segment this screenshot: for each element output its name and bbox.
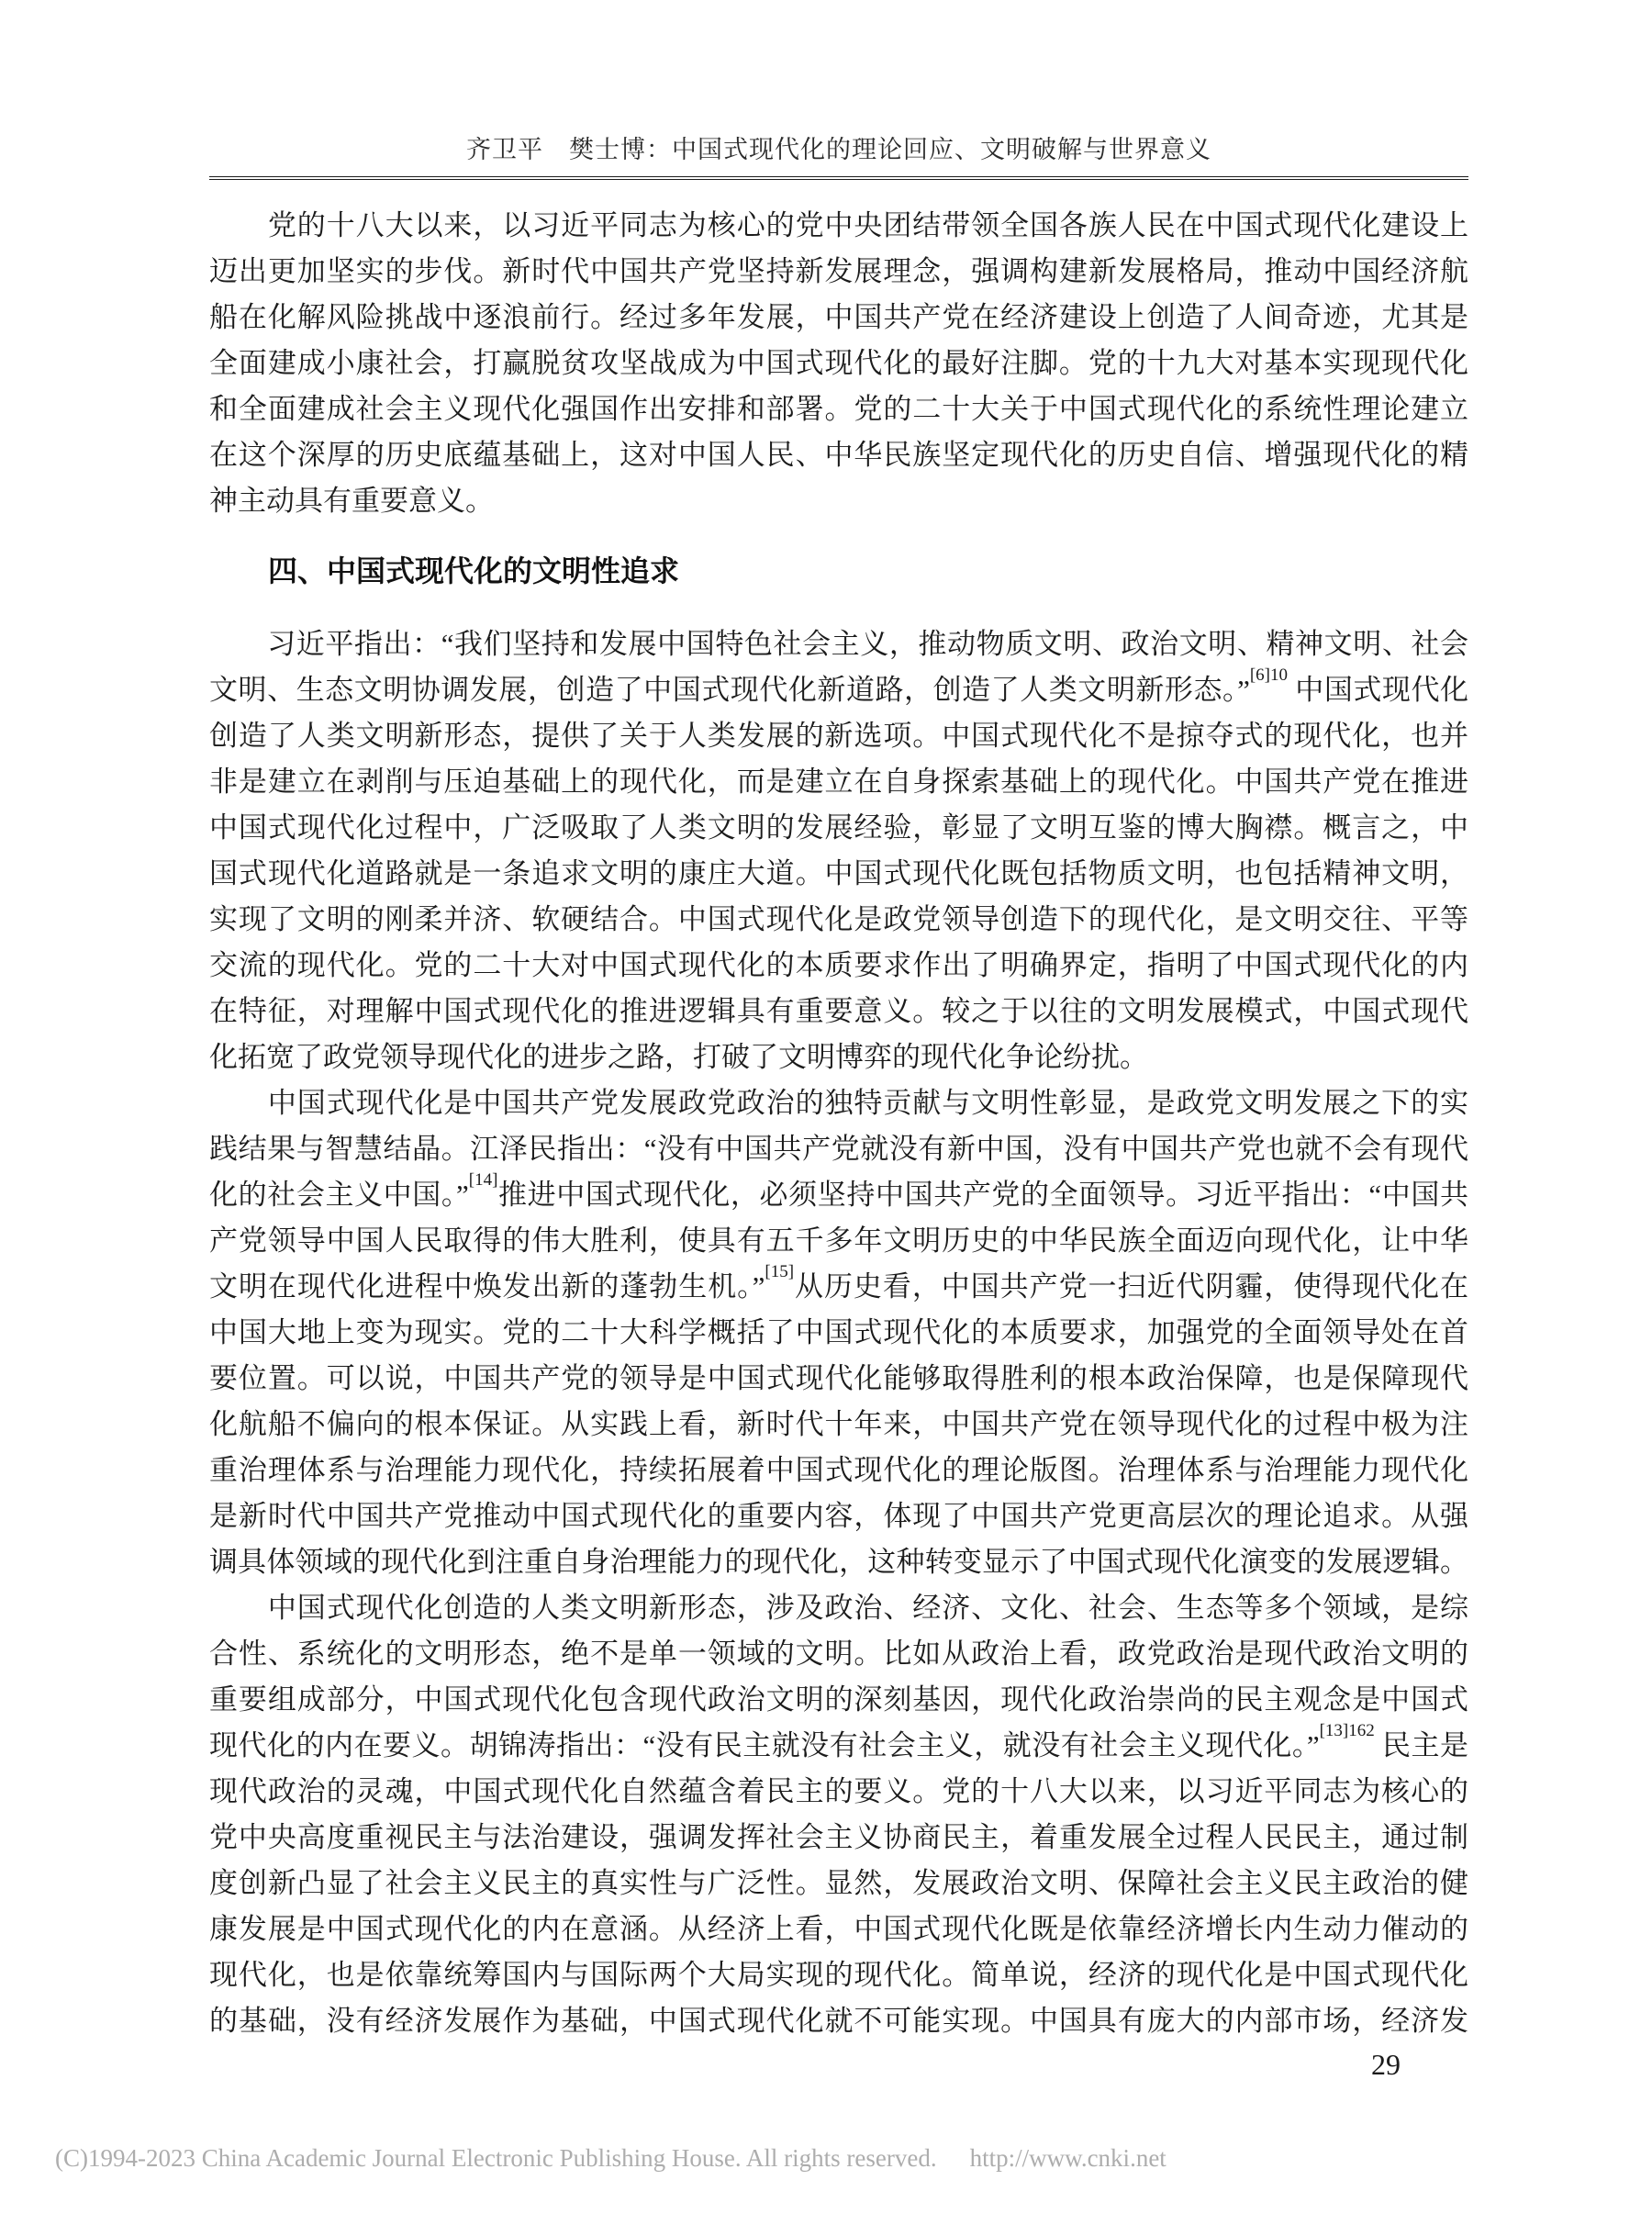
- text-line: 合性、系统化的文明形态，绝不是单一领域的文明。比如从政治上看，政党政治是现代政治…: [209, 1631, 1468, 1677]
- paragraph: 党的十八大以来，以习近平同志为核心的党中央团结带领全国各族人民在中国式现代化建设…: [209, 203, 1468, 524]
- text-line: 文明、生态文明协调发展，创造了中国式现代化新道路，创造了人类文明新形态。”[6]…: [209, 667, 1468, 713]
- text-line: 船在化解风险挑战中逐浪前行。经过多年发展，中国共产党在经济建设上创造了人间奇迹，…: [209, 295, 1468, 341]
- text-line: 全面建成小康社会，打赢脱贫攻坚战成为中国式现代化的最好注脚。党的十九大对基本实现…: [209, 341, 1468, 386]
- text-line: 的基础，没有经济发展作为基础，中国式现代化就不可能实现。中国具有庞大的内部市场，…: [209, 1998, 1468, 2044]
- text-line: 化的社会主义中国。”[14]推进中国式现代化，必须坚持中国共产党的全面领导。习近…: [209, 1172, 1468, 1218]
- text-line: 在这个深厚的历史底蕴基础上，这对中国人民、中华民族坚定现代化的历史自信、增强现代…: [209, 432, 1468, 478]
- text-line: 现代化，也是依靠统筹国内与国际两个大局实现的现代化。简单说，经济的现代化是中国式…: [209, 1952, 1468, 1998]
- text-line: 实现了文明的刚柔并济、软硬结合。中国式现代化是政党领导创造下的现代化，是文明交往…: [209, 897, 1468, 943]
- header-rule-divider: [209, 176, 1468, 180]
- text-line: 中国式现代化创造的人类文明新形态，涉及政治、经济、文化、社会、生态等多个领域，是…: [209, 1585, 1468, 1631]
- footer-copyright: (C)1994-2023 China Academic Journal Elec…: [55, 2144, 937, 2172]
- text-line: 中国式现代化过程中，广泛吸取了人类文明的发展经验，彰显了文明互鉴的博大胸襟。概言…: [209, 805, 1468, 851]
- text-line: 神主动具有重要意义。: [209, 478, 1468, 524]
- text-line: 现代政治的灵魂，中国式现代化自然蕴含着民主的要义。党的十八大以来，以习近平同志为…: [209, 1769, 1468, 1815]
- text-line: 产党领导中国人民取得的伟大胜利，使具有五千多年文明历史的中华民族全面迈向现代化，…: [209, 1218, 1468, 1264]
- text-line: 调具体领域的现代化到注重自身治理能力的现代化，这种转变显示了中国式现代化演变的发…: [209, 1539, 1468, 1585]
- text-line: 习近平指出：“我们坚持和发展中国特色社会主义，推动物质文明、政治文明、精神文明、…: [209, 621, 1468, 667]
- article-body: 党的十八大以来，以习近平同志为核心的党中央团结带领全国各族人民在中国式现代化建设…: [209, 203, 1468, 2044]
- text-line: 康发展是中国式现代化的内在意涵。从经济上看，中国式现代化既是依靠经济增长内生动力…: [209, 1906, 1468, 1952]
- paragraph: 中国式现代化是中国共产党发展政党政治的独特贡献与文明性彰显，是政党文明发展之下的…: [209, 1080, 1468, 1585]
- paragraph: 习近平指出：“我们坚持和发展中国特色社会主义，推动物质文明、政治文明、精神文明、…: [209, 621, 1468, 1080]
- text-line: 中国大地上变为现实。党的二十大科学概括了中国式现代化的本质要求，加强党的全面领导…: [209, 1310, 1468, 1356]
- text-line: 党的十八大以来，以习近平同志为核心的党中央团结带领全国各族人民在中国式现代化建设…: [209, 203, 1468, 249]
- text-line: 度创新凸显了社会主义民主的真实性与广泛性。显然，发展政治文明、保障社会主义民主政…: [209, 1861, 1468, 1906]
- text-line: 在特征，对理解中国式现代化的推进逻辑具有重要意义。较之于以往的文明发展模式，中国…: [209, 989, 1468, 1034]
- text-line: 践结果与智慧结晶。江泽民指出：“没有中国共产党就没有新中国，没有中国共产党也就不…: [209, 1126, 1468, 1172]
- text-line: 要位置。可以说，中国共产党的领导是中国式现代化能够取得胜利的根本政治保障，也是保…: [209, 1356, 1468, 1402]
- text-line: 国式现代化道路就是一条追求文明的康庄大道。中国式现代化既包括物质文明，也包括精神…: [209, 851, 1468, 897]
- text-line: 四、中国式现代化的文明性追求: [209, 548, 1468, 594]
- text-line: 非是建立在剥削与压迫基础上的现代化，而是建立在自身探索基础上的现代化。中国共产党…: [209, 759, 1468, 805]
- running-head: 齐卫平 樊士博：中国式现代化的理论回应、文明破解与世界意义: [209, 129, 1468, 165]
- paragraph: 中国式现代化创造的人类文明新形态，涉及政治、经济、文化、社会、生态等多个领域，是…: [209, 1585, 1468, 2044]
- text-line: 现代化的内在要义。胡锦涛指出：“没有民主就没有社会主义，就没有社会主义现代化。”…: [209, 1723, 1468, 1769]
- text-line: 文明在现代化进程中焕发出新的蓬勃生机。”[15]从历史看，中国共产党一扫近代阴霾…: [209, 1264, 1468, 1310]
- text-line: 交流的现代化。党的二十大对中国式现代化的本质要求作出了明确界定，指明了中国式现代…: [209, 943, 1468, 989]
- text-line: 中国式现代化是中国共产党发展政党政治的独特贡献与文明性彰显，是政党文明发展之下的…: [209, 1080, 1468, 1126]
- text-line: 迈出更加坚实的步伐。新时代中国共产党坚持新发展理念，强调构建新发展格局，推动中国…: [209, 249, 1468, 295]
- text-line: 创造了人类文明新形态，提供了关于人类发展的新选项。中国式现代化不是掠夺式的现代化…: [209, 713, 1468, 759]
- journal-page: 齐卫平 樊士博：中国式现代化的理论回应、文明破解与世界意义 党的十八大以来，以习…: [0, 0, 1652, 2225]
- footer-url: http://www.cnki.net: [970, 2144, 1166, 2172]
- text-line: 化航船不偏向的根本保证。从实践上看，新时代十年来，中国共产党在领导现代化的过程中…: [209, 1402, 1468, 1448]
- text-line: 党中央高度重视民主与法治建设，强调发挥社会主义协商民主，着重发展全过程人民民主，…: [209, 1815, 1468, 1861]
- text-line: 和全面建成社会主义现代化强国作出安排和部署。党的二十大关于中国式现代化的系统性理…: [209, 386, 1468, 432]
- text-line: 化拓宽了政党领导现代化的进步之路，打破了文明博弈的现代化争论纷扰。: [209, 1034, 1468, 1080]
- text-line: 重要组成部分，中国式现代化包含现代政治文明的深刻基因，现代化政治崇尚的民主观念是…: [209, 1677, 1468, 1723]
- text-line: 重治理体系与治理能力现代化，持续拓展着中国式现代化的理论版图。治理体系与治理能力…: [209, 1448, 1468, 1493]
- section-heading: 四、中国式现代化的文明性追求: [209, 548, 1468, 594]
- footer: (C)1994-2023 China Academic Journal Elec…: [55, 2144, 1166, 2173]
- text-line: 是新时代中国共产党推动中国式现代化的重要内容，体现了中国共产党更高层次的理论追求…: [209, 1493, 1468, 1539]
- page-number: 29: [1371, 2048, 1401, 2082]
